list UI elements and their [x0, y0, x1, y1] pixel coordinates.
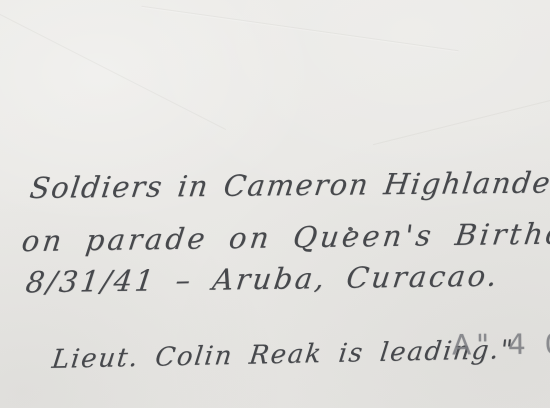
paper-crease [141, 6, 458, 52]
handwritten-line-4: Lieut. Colin Reak is leading." [50, 335, 516, 375]
archival-stamp-text: A" 4 0 [452, 327, 550, 361]
photo-verso-paper: Soldiers in Cameron Highlanders. on para… [0, 0, 550, 408]
handwritten-line-3: 8/31/41 – Aruba, Curacao. [24, 259, 501, 300]
paper-crease [373, 96, 550, 145]
handwritten-line-2: on parade on Queen's Birthday [20, 216, 550, 258]
handwritten-line-1: Soldiers in Cameron Highlanders. [28, 165, 550, 205]
paper-crease [0, 11, 226, 130]
